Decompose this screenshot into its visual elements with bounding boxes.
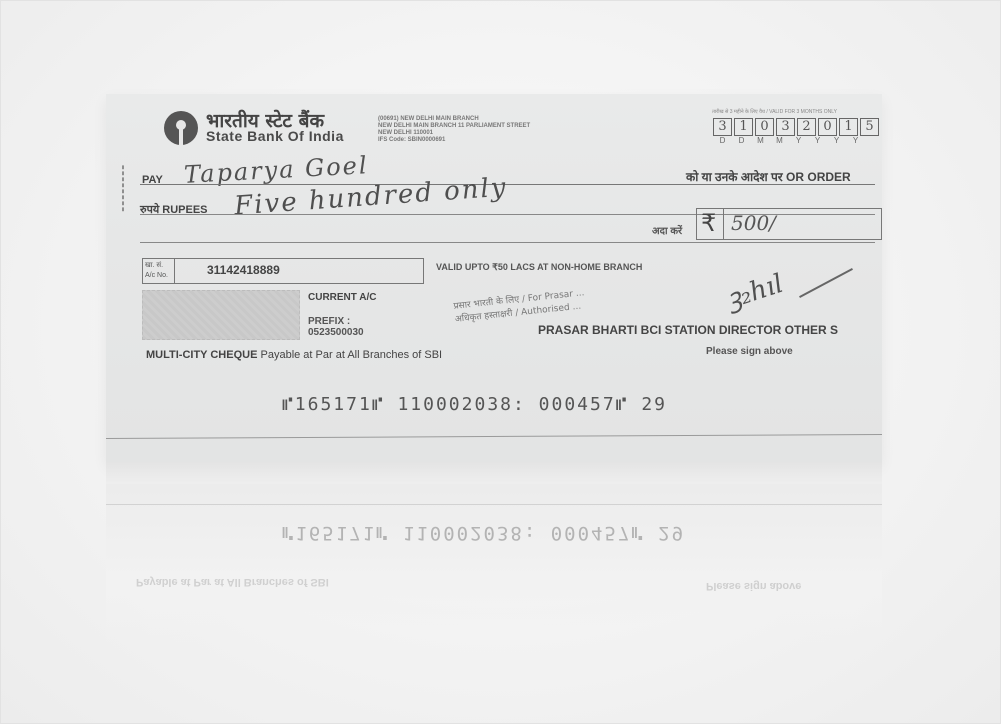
reflection-please-sign: Please sign above xyxy=(706,580,801,592)
date-digit: 5 xyxy=(860,118,879,136)
account-label-en: A/c No. xyxy=(145,271,174,281)
reflection-line xyxy=(106,504,882,505)
divider xyxy=(723,209,724,239)
multi-city-rest: Payable at Par at All Branches of SBI xyxy=(261,349,443,361)
date-field: 3 1 0 3 2 0 1 5 xyxy=(713,118,881,136)
redacted-stamp xyxy=(142,290,300,340)
ifsc-code: IFS Code: SBIN0000691 xyxy=(378,137,598,144)
date-validity-label: तारीख से 3 महीने के लिए वैध / VALID FOR … xyxy=(712,109,837,115)
date-code: Y xyxy=(827,136,846,145)
branch-line: NEW DELHI 110001 xyxy=(378,130,598,137)
amount-figure: 500/ xyxy=(731,211,776,235)
cheque: ▮▮▮▮▮▮▮▮ भारतीय स्टेट बैंक State Bank Of… xyxy=(106,94,882,462)
prefix-label: PREFIX : xyxy=(308,316,350,327)
please-sign-label: Please sign above xyxy=(706,346,793,357)
cheque-reflection: ⑈165171⑈ 110002038: 000457⑈ 29 Payable a… xyxy=(106,484,882,644)
account-type: CURRENT A/C xyxy=(308,292,377,303)
reflection-micr: ⑈165171⑈ 110002038: 000457⑈ 29 xyxy=(282,522,685,544)
date-format-codes: D D M M Y Y Y Y xyxy=(713,136,865,145)
multi-city-note: MULTI-CITY CHEQUE Payable at Par at All … xyxy=(146,349,442,361)
date-digit: 3 xyxy=(776,118,795,136)
date-code: M xyxy=(770,136,789,145)
account-number-box: खा. सं. A/c No. 31142418889 xyxy=(142,258,424,284)
micr-code: ⑈165171⑈ 110002038: 000457⑈ 29 xyxy=(282,394,667,415)
multi-city-bold: MULTI-CITY CHEQUE xyxy=(146,349,257,361)
date-code: Y xyxy=(808,136,827,145)
authorised-seal: प्रसार भारती के लिए / For Prasar ... अधि… xyxy=(453,287,586,327)
date-code: M xyxy=(751,136,770,145)
date-digit: 3 xyxy=(713,118,732,136)
pay-amount-label: अदा करें xyxy=(652,223,682,237)
date-code: Y xyxy=(789,136,808,145)
reflection-multi-city: Payable at Par at All Branches of SBI xyxy=(136,576,329,588)
signature-stroke xyxy=(799,268,853,298)
or-order-label: को या उनके आदेश पर OR ORDER xyxy=(686,168,851,185)
amount-box: ₹ 500/ xyxy=(696,208,882,240)
sbi-logo-icon xyxy=(164,111,198,145)
branch-line: NEW DELHI MAIN BRANCH 11 PARLIAMENT STRE… xyxy=(378,123,598,130)
rupees-line-2 xyxy=(140,242,875,243)
date-digit: 0 xyxy=(818,118,837,136)
prefix-value: 0523500030 xyxy=(308,327,364,338)
date-code: D xyxy=(732,136,751,145)
bottom-edge-line xyxy=(106,434,882,439)
signature: ꝫ₂hıl xyxy=(722,264,787,316)
account-number: 31142418889 xyxy=(207,263,280,277)
date-digit: 2 xyxy=(797,118,816,136)
date-digit: 1 xyxy=(839,118,858,136)
date-code: D xyxy=(713,136,732,145)
account-label: खा. सं. A/c No. xyxy=(143,259,175,283)
date-code: Y xyxy=(846,136,865,145)
validity-note: VALID UPTO ₹50 LACS AT NON-HOME BRANCH xyxy=(436,262,642,273)
branch-address: (00691) NEW DELHI MAIN BRANCH NEW DELHI … xyxy=(378,116,598,144)
bank-name: State Bank Of India xyxy=(206,128,344,144)
date-digit: 0 xyxy=(755,118,774,136)
shadow-band xyxy=(106,462,882,484)
branch-line: (00691) NEW DELHI MAIN BRANCH xyxy=(378,116,598,123)
account-label-hindi: खा. सं. xyxy=(145,261,174,271)
account-holder-name: PRASAR BHARTI BCI STATION DIRECTOR OTHER… xyxy=(538,323,838,337)
date-digit: 1 xyxy=(734,118,753,136)
side-security-print: ▮▮▮▮▮▮▮▮ xyxy=(120,164,126,212)
rupee-icon: ₹ xyxy=(701,209,716,237)
